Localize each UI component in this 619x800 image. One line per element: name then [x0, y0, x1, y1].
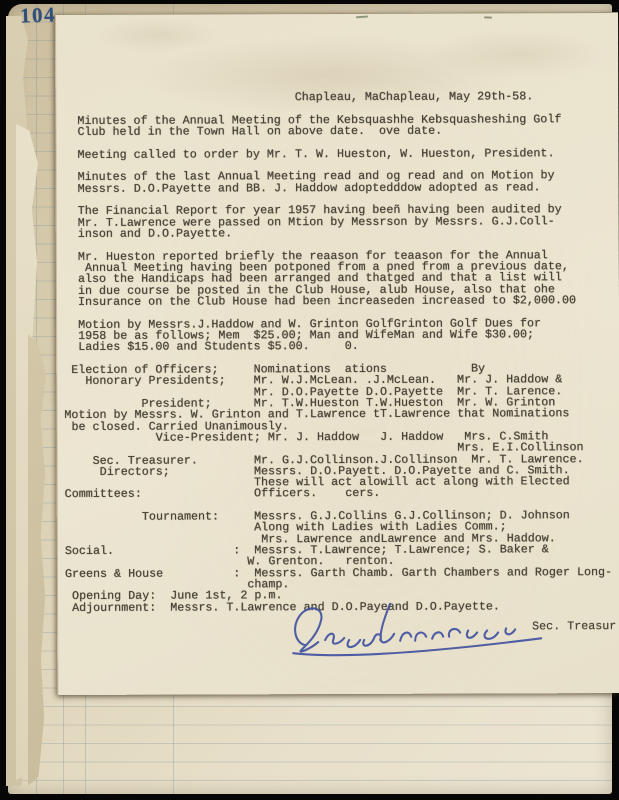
ink-speck	[484, 16, 492, 18]
typed-line: Insurance on the Club House had been inc…	[64, 295, 619, 308]
typed-line: Messrs. D.O.Payette and BB. J. Haddow ad…	[64, 182, 619, 195]
page-number: 104	[20, 2, 57, 28]
signature-title-text: Sec. Treasur	[532, 619, 616, 633]
signature-handwriting-icon	[283, 598, 553, 661]
scanned-minute-book-page: 104 Chapleau, MaChapleau, May 29th-58. M…	[0, 0, 619, 800]
typed-line: Meeting called to order by Mr. T. W. Hue…	[63, 148, 618, 161]
ink-speck	[356, 15, 368, 18]
typed-text-block: Chapleau, MaChapleau, May 29th-58. Minut…	[63, 91, 619, 614]
typed-minutes-sheet: Chapleau, MaChapleau, May 29th-58. Minut…	[55, 12, 619, 695]
ledger-page: 104 Chapleau, MaChapleau, May 29th-58. M…	[8, 4, 612, 794]
torn-page-stub	[28, 334, 46, 786]
